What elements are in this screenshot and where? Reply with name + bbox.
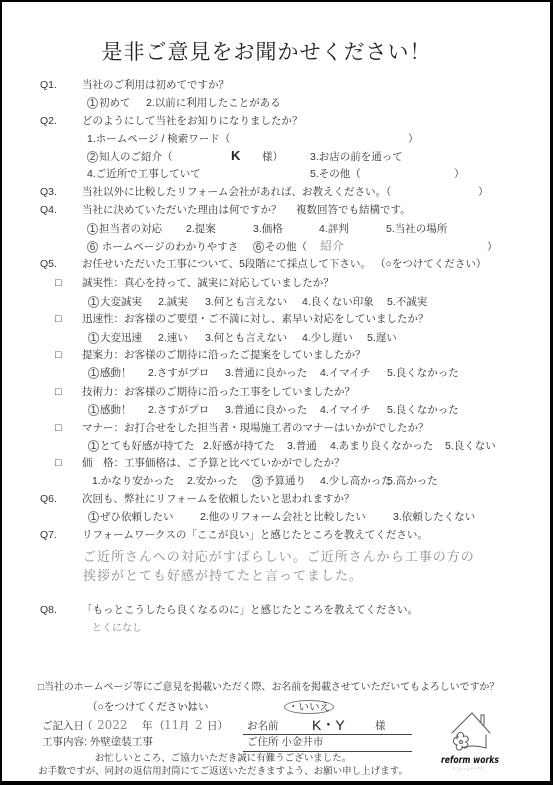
q5-question: お任せいただいた工事について、5段階にて採点して下さい。: [82, 257, 371, 271]
q3-label: Q3.: [40, 185, 57, 199]
date-label: ご記入日: [42, 719, 84, 733]
rating-option: 4.イマイチ: [320, 403, 371, 417]
option-text: 遅い: [376, 332, 397, 344]
q2-option-1-close: ）: [408, 132, 419, 146]
rating-option: 4.良くない印象: [302, 295, 374, 309]
q5-item-sincerity: 誠実性：真心を持って、誠実に対応していましたか？: [82, 276, 334, 290]
option-number: 6: [253, 241, 264, 253]
option-number: 1: [88, 367, 99, 379]
date-year-unit: 年: [142, 719, 153, 733]
q8-handwritten-answer: とくになし: [92, 622, 142, 636]
q8-question: 「もっとこうしたら良くなるのに」と感じたところを教えてください。: [82, 603, 418, 617]
option-text: 速い: [167, 332, 188, 344]
logo-kana: リフォームワークス: [452, 767, 484, 771]
option-number: 2.: [187, 474, 196, 488]
option-number: 2.: [148, 366, 157, 380]
q2-option-3: 3.お店の前を通って: [310, 150, 403, 164]
rating-option: 5.高かった: [387, 474, 438, 488]
q2-referrer-answer: K: [231, 149, 240, 163]
option-number: 5.: [387, 295, 396, 309]
option-number: 4.: [302, 331, 311, 345]
q5-label: Q5.: [40, 257, 57, 271]
date-day: 2: [195, 718, 203, 732]
option-text: 何とも言えない: [214, 296, 288, 308]
option-text: イマイチ: [329, 367, 371, 379]
option-number: 5.: [386, 222, 395, 236]
rating-option: 3予算通り: [252, 474, 306, 488]
q5-item-proposal: 提案力：お客様のご期待に沿ったご提案をしていましたか？: [82, 348, 366, 362]
option-text: 良くなかった: [396, 404, 459, 416]
q1-option-2: 2.以前に利用したことがある: [146, 96, 281, 110]
q4-option-1: 1担当者の対応: [87, 222, 162, 236]
q5-item-manners: マナー：お打合せをした担当者・現場施工者のマナーはいかがでしたか？: [82, 421, 429, 435]
q2-option-2-close: 様）: [262, 150, 283, 164]
q2-option-5: 5.その他（: [310, 167, 361, 181]
option-text: 良くなかった: [396, 367, 459, 379]
rating-option: 3.普通に良かった: [225, 403, 307, 417]
option-text: 感動！: [100, 404, 132, 416]
q2-option-2: 2知人のご紹介（: [87, 150, 173, 164]
checkbox-icon: □: [55, 421, 62, 435]
date-month: 11: [164, 718, 179, 732]
checkbox-icon: □: [55, 312, 62, 326]
thanks-line-1: お忙しいところ、ご協力いただき誠に有難うございました。: [0, 753, 446, 765]
work-label-text: 工事内容:: [42, 736, 87, 748]
option-number: 3.: [393, 510, 402, 524]
date-day-unit: 日）: [207, 719, 228, 733]
option-text: 感動！: [100, 367, 132, 379]
q4-option-2: 2.提案: [186, 222, 216, 236]
form-title: 是非ご意見をお聞かせください！: [0, 40, 533, 66]
option-number: 5.: [387, 366, 396, 380]
option-text: その他（: [265, 241, 307, 253]
q3-close: ）: [478, 185, 489, 199]
q5-item-technique: 技術力：お客様のご期待に沿った工事をしていましたか？: [82, 385, 355, 399]
consent-option-yes: ・はい: [177, 700, 209, 714]
rating-option: 4.イマイチ: [320, 366, 371, 380]
option-number: 2.: [146, 96, 155, 110]
address-label: ご住所 小金井市: [247, 735, 323, 749]
option-text: 普通: [296, 440, 317, 452]
q6-option-2: 2.他のリフォーム会社と比較したい: [200, 510, 366, 524]
option-text: 普通に良かった: [234, 367, 308, 379]
option-number: 2.: [186, 222, 195, 236]
option-text: さすがプロ: [157, 367, 210, 379]
date-year: 2022: [97, 718, 128, 732]
option-number: 5.: [445, 439, 454, 453]
survey-form-page: 是非ご意見をお聞かせください！ Q1. 当社のご利用は初めてですか？ 1初めて …: [0, 0, 553, 785]
option-number: 4.: [320, 403, 329, 417]
option-number: 4.: [330, 439, 339, 453]
option-number: 4.: [87, 167, 96, 181]
q4-option-5: 5.当社の場所: [386, 222, 447, 236]
option-text: 評判: [328, 223, 349, 235]
q4-option-4: 4.評判: [319, 222, 349, 236]
rating-option: 2.誠実: [158, 295, 188, 309]
q1-option-1: 1初めて: [87, 96, 131, 110]
rating-option: 4.少し遅い: [302, 331, 353, 345]
option-text: ・はい: [177, 701, 209, 713]
option-text: ホームページのわかりやすさ: [99, 241, 238, 253]
option-text: かなり安かった: [101, 475, 175, 487]
option-text: 高かった: [396, 475, 438, 487]
q4-option-3: 3.価格: [253, 222, 283, 236]
option-number: 2.: [158, 331, 167, 345]
customer-name: K・Y: [312, 718, 345, 732]
option-number: 1: [88, 511, 99, 523]
q6-label: Q6.: [40, 492, 57, 506]
rating-option: 5.遅い: [367, 331, 397, 345]
rating-option: 4.少し高かった: [320, 474, 392, 488]
q2-question: どのようにして当社をお知りになりましたか？: [82, 114, 303, 128]
option-number: 3: [252, 475, 263, 487]
option-number: 3.: [205, 331, 214, 345]
option-text: とても好感が持てた: [100, 440, 195, 452]
option-text: 誠実: [167, 296, 188, 308]
option-text: お店の前を通って: [319, 151, 403, 163]
q2-option-1: 1.ホームページ / 検索ワード（: [87, 132, 230, 146]
option-number: 3.: [205, 295, 214, 309]
option-text: あまり良くなかった: [339, 440, 434, 452]
option-text: 少し高かった: [329, 475, 392, 487]
option-text: 予算通り: [264, 475, 306, 487]
rating-option: 2.好感が持てた: [203, 439, 275, 453]
option-number: 3.: [225, 366, 234, 380]
q4-option-other: 6その他（: [253, 240, 307, 254]
option-number: 6: [87, 241, 98, 253]
consent-question: □当社のホームページ等にご意見を掲載いただく際、お名前を掲載させていただいてもよ…: [38, 681, 499, 695]
option-number: 3.: [287, 439, 296, 453]
option-number: 1: [87, 223, 98, 235]
rating-option: 1大変迅速: [88, 331, 142, 345]
rating-option: 5.良くない: [445, 439, 496, 453]
checkbox-icon: □: [55, 348, 62, 362]
rating-option: 2.さすがプロ: [148, 366, 209, 380]
option-number: 1.: [87, 132, 96, 146]
q5-item-price: 価 格：工事価格は、ご予算と比べていかがでしたか？: [82, 456, 345, 470]
q5-item-speed: 迅速性：お客様のご要望・ご不満に対し、素早い対応をしていましたか？: [82, 312, 429, 326]
option-text: 担当者の対応: [99, 223, 162, 235]
option-number: 4.: [302, 295, 311, 309]
rating-option: 1とても好感が持てた: [88, 439, 195, 453]
rating-option: 1感動！: [88, 403, 132, 417]
q5-note: （○をつけてください）: [375, 257, 486, 271]
option-text: ご近所で工事していて: [96, 168, 201, 180]
option-text: 大変迅速: [100, 332, 142, 344]
option-text: 何とも言えない: [214, 332, 288, 344]
q2-option-4: 4.ご近所で工事していて: [87, 167, 201, 181]
q4-note: 複数回答でも結構です。: [296, 203, 411, 217]
q4-other-close: ）: [487, 240, 498, 254]
name-honorific: 様: [375, 719, 386, 733]
option-number: 5.: [387, 474, 396, 488]
q1-question: 当社のご利用は初めてですか？: [82, 78, 229, 92]
option-number: 5.: [310, 167, 319, 181]
name-label: お名前: [247, 719, 279, 733]
date-open-paren: （: [82, 719, 93, 733]
address-value: 小金井市: [281, 736, 323, 748]
rating-option: 2.安かった: [187, 474, 238, 488]
option-number: 1: [87, 97, 98, 109]
option-number: 1: [88, 404, 99, 416]
rating-option: 1.かなり安かった: [92, 474, 174, 488]
option-text: 良くない印象: [311, 296, 374, 308]
option-number: 1: [88, 440, 99, 452]
option-text: 少し遅い: [311, 332, 353, 344]
rating-option: 5.良くなかった: [387, 366, 459, 380]
option-text: 価格: [262, 223, 283, 235]
rating-option: 4.あまり良くなかった: [330, 439, 433, 453]
house-logo-icon: reform works リフォームワークス: [438, 706, 508, 778]
q6-option-1: 1ぜひ依頼したい: [88, 510, 174, 524]
option-text: 良くない: [454, 440, 496, 452]
option-text: 依頼したくない: [402, 511, 476, 523]
work-label: 工事内容: 外壁塗装工事: [42, 735, 153, 749]
q2-option-5-close: ）: [454, 167, 465, 181]
option-text: 他のリフォーム会社と比較したい: [209, 511, 366, 523]
option-number: 4.: [319, 222, 328, 236]
option-number: 5.: [387, 403, 396, 417]
option-text: 以前に利用したことがある: [155, 97, 281, 109]
q8-label: Q8.: [40, 603, 57, 617]
rating-option: 5.不誠実: [387, 295, 427, 309]
checkbox-icon: □: [55, 276, 62, 290]
option-text: さすがプロ: [157, 404, 210, 416]
option-text: ・いいえ: [284, 700, 334, 714]
option-number: 3.: [310, 150, 319, 164]
option-text: 提案: [195, 223, 216, 235]
q1-label: Q1.: [40, 78, 57, 92]
option-number: 2.: [200, 510, 209, 524]
rating-option: 5.良くなかった: [387, 403, 459, 417]
address-underline: [243, 751, 412, 752]
consent-option-no: ・いいえ: [284, 700, 334, 714]
option-text: イマイチ: [329, 404, 371, 416]
option-number: 1: [88, 332, 99, 344]
q7-handwritten-answer-line-2: 挨拶がとても好感が持てたと言ってました。: [83, 569, 363, 585]
option-number: 4.: [320, 474, 329, 488]
thanks-line-2: お手数ですが、同封の返信用封筒にてご返送いただきますよう、お願い申し上げます。: [0, 766, 446, 778]
option-text: 普通に良かった: [234, 404, 308, 416]
option-text: 初めて: [99, 97, 131, 109]
q7-label: Q7.: [40, 528, 57, 542]
option-text: ぜひ依頼したい: [100, 511, 174, 523]
option-text: 大変誠実: [100, 296, 142, 308]
work-content: 外壁塗装工事: [90, 736, 153, 748]
q4-option-6: 6 ホームページのわかりやすさ: [87, 240, 238, 254]
rating-option: 1感動！: [88, 366, 132, 380]
q4-other-answer: 紹介: [320, 239, 344, 253]
option-text: 安かった: [196, 475, 238, 487]
q7-handwritten-answer-line-1: ご近所さんへの対応がすばらしい。ご近所さんから工事の方の: [83, 550, 475, 566]
rating-option: 1大変誠実: [88, 295, 142, 309]
date-open-paren-2: （: [154, 719, 165, 733]
logo-wordmark: reform works: [441, 755, 499, 766]
option-text: ホームページ / 検索ワード（: [96, 133, 231, 145]
address-label-text: ご住所: [247, 736, 279, 748]
checkbox-icon: □: [55, 385, 62, 399]
option-number: 1: [88, 296, 99, 308]
option-text: 当社の場所: [395, 223, 448, 235]
option-number: 2.: [148, 403, 157, 417]
q2-label: Q2.: [40, 114, 57, 128]
option-text: 不誠実: [396, 296, 428, 308]
rating-option: 2.速い: [158, 331, 188, 345]
option-number: 4.: [320, 366, 329, 380]
option-number: 5.: [367, 331, 376, 345]
option-text: 知人のご紹介（: [99, 151, 173, 163]
option-number: 3.: [225, 403, 234, 417]
reform-works-logo: reform works リフォームワークス: [438, 706, 508, 778]
rating-option: 3.普通: [287, 439, 317, 453]
option-number: 2.: [203, 439, 212, 453]
q4-question: 当社に決めていただいた理由は何ですか？: [82, 203, 282, 217]
q3-question: 当社以外に比較したリフォーム会社があれば、お教えください。（: [82, 185, 391, 199]
option-number: 2.: [158, 295, 167, 309]
date-month-unit: 月: [179, 719, 190, 733]
option-number: 2: [87, 151, 98, 163]
q6-option-3: 3.依頼したくない: [393, 510, 475, 524]
q6-question: 次回も、弊社にリフォームを依頼したいと思われますか？: [82, 492, 354, 506]
rating-option: 3.何とも言えない: [205, 295, 287, 309]
rating-option: 2.さすがプロ: [148, 403, 209, 417]
option-text: 好感が持てた: [212, 440, 275, 452]
rating-option: 3.何とも言えない: [205, 331, 287, 345]
q4-label: Q4.: [40, 203, 57, 217]
checkbox-icon: □: [55, 456, 62, 470]
q7-question: リフォームワークスの「ここが良い」と感じたところを教えてください。: [82, 528, 428, 542]
option-number: 1.: [92, 474, 101, 488]
option-number: 3.: [253, 222, 262, 236]
rating-option: 3.普通に良かった: [225, 366, 307, 380]
option-text: その他（: [319, 168, 361, 180]
